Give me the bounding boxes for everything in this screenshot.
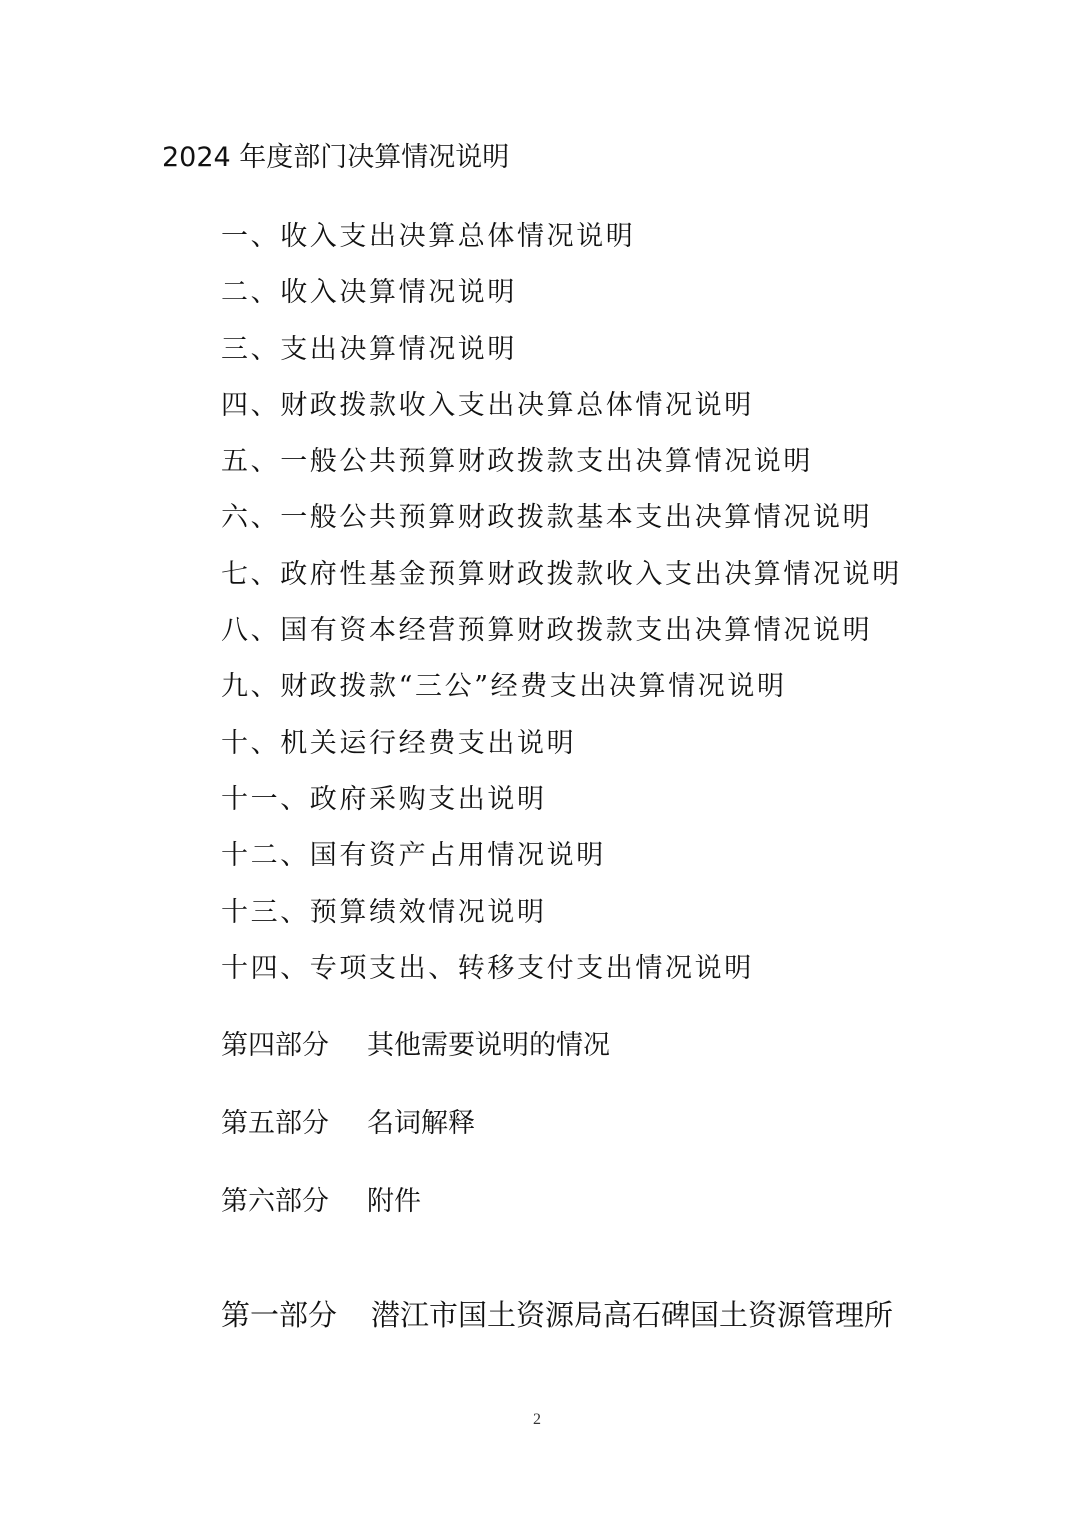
toc-item: 七、政府性基金预算财政拨款收入支出决算情况说明 [221, 556, 902, 612]
toc-item: 一、收入支出决算总体情况说明 [221, 218, 902, 274]
toc-item: 四、财政拨款收入支出决算总体情况说明 [221, 387, 902, 443]
parts-list: 第四部分其他需要说明的情况 第五部分名词解释 第六部分附件 [221, 1026, 610, 1260]
toc-item: 八、国有资本经营预算财政拨款支出决算情况说明 [221, 612, 902, 668]
toc-item: 十一、政府采购支出说明 [221, 781, 902, 837]
part-item-5: 第五部分名词解释 [221, 1104, 610, 1182]
toc-item: 十、机关运行经费支出说明 [221, 725, 902, 781]
toc-item: 三、支出决算情况说明 [221, 331, 902, 387]
toc-item: 五、一般公共预算财政拨款支出决算情况说明 [221, 443, 902, 499]
toc-item: 九、财政拨款“三公”经费支出决算情况说明 [221, 668, 902, 724]
toc-item: 十三、预算绩效情况说明 [221, 894, 902, 950]
page-number: 2 [0, 1410, 1074, 1430]
part-item-4: 第四部分其他需要说明的情况 [221, 1026, 610, 1104]
chapter-label: 第一部分 [221, 1294, 371, 1336]
table-of-contents-list: 一、收入支出决算总体情况说明 二、收入决算情况说明 三、支出决算情况说明 四、财… [221, 218, 902, 1006]
chapter-heading: 第一部分潜江市国土资源局高石碑国土资源管理所 [221, 1294, 893, 1336]
toc-item: 二、收入决算情况说明 [221, 274, 902, 330]
part-text: 名词解释 [367, 1108, 475, 1139]
chapter-text: 潜江市国土资源局高石碑国土资源管理所 [371, 1298, 893, 1332]
part-item-6: 第六部分附件 [221, 1182, 610, 1260]
toc-item: 六、一般公共预算财政拨款基本支出决算情况说明 [221, 499, 902, 555]
page-title: 2024 年度部门决算情况说明 [162, 140, 509, 176]
part-text: 其他需要说明的情况 [367, 1030, 610, 1061]
part-label: 第五部分 [221, 1104, 367, 1144]
part-label: 第六部分 [221, 1182, 367, 1222]
toc-item: 十二、国有资产占用情况说明 [221, 837, 902, 893]
part-text: 附件 [367, 1186, 421, 1217]
toc-item: 十四、专项支出、转移支付支出情况说明 [221, 950, 902, 1006]
part-label: 第四部分 [221, 1026, 367, 1066]
